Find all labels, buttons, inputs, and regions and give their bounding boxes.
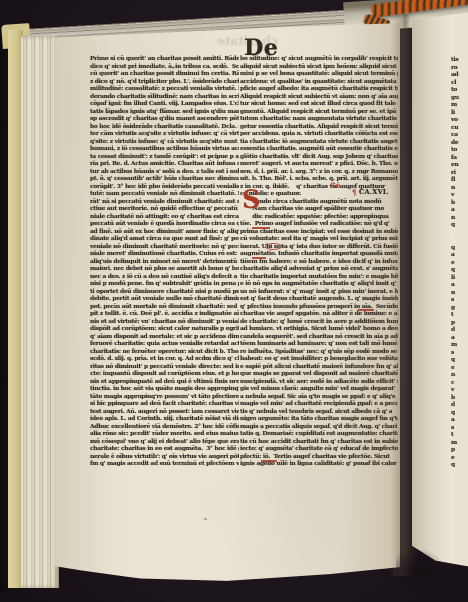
page-bottom-shadow (396, 548, 446, 588)
text-line: n (451, 289, 468, 297)
text-line: ad (451, 71, 468, 79)
book-photo-scene: charitate De Primo si cū querit' an char… (0, 0, 468, 602)
text-line: e (451, 454, 468, 462)
text-line: li (451, 109, 468, 117)
text-line: e (451, 259, 468, 267)
text-line: a (451, 206, 468, 214)
book-page-recto-sliver: tisroadcltogumlivocucadetofaenriflnvbanq… (412, 10, 468, 580)
rubric-dash (252, 227, 270, 229)
rubric-ring (265, 243, 282, 250)
text-line: cu (451, 124, 468, 132)
recto-text-fragments: tisroadcltogumlivocucadetofaenriflnvbanq… (451, 56, 468, 472)
text-line: to (451, 146, 468, 154)
rubric-initial: S (242, 188, 260, 212)
rubric-dash (358, 309, 374, 311)
text-line: li (451, 274, 468, 282)
text-line: m (451, 101, 468, 109)
text-line (451, 229, 468, 237)
text-line: n (451, 184, 468, 192)
text-line: e (451, 364, 468, 372)
text-line: n (451, 371, 468, 379)
text-line: a (451, 281, 468, 289)
text-line: q (451, 221, 468, 229)
book-page-verso: charitate De Primo si cū querit' an char… (54, 18, 400, 590)
text-line: b (451, 199, 468, 207)
text-line: fa (451, 154, 468, 162)
ink-speck (204, 518, 207, 520)
ink-speck (172, 66, 175, 69)
text-line: q (451, 409, 468, 417)
text-line: ca (451, 131, 468, 139)
text-line: q (451, 244, 468, 252)
text-line: a (451, 251, 468, 259)
text-line: p (451, 446, 468, 454)
text-line: c (451, 379, 468, 387)
text-line: q (451, 266, 468, 274)
ink-speck (359, 146, 361, 148)
text-line: to (451, 86, 468, 94)
text-line: de (451, 139, 468, 147)
text-line: s (451, 296, 468, 304)
text-line: p (451, 319, 468, 327)
text-line: a (451, 416, 468, 424)
text-line (451, 236, 468, 244)
text-line: ro (451, 64, 468, 72)
text-line: m (451, 439, 468, 447)
text-line: ri (451, 169, 468, 177)
text-line: q (451, 356, 468, 364)
text-line: s (451, 424, 468, 432)
text-line: m (451, 341, 468, 349)
text-line: v (451, 191, 468, 199)
text-line: b (451, 394, 468, 402)
page-block-fore-edge (21, 36, 59, 588)
text-line: s (451, 349, 468, 357)
text-line: vo (451, 116, 468, 124)
text-line: v (451, 386, 468, 394)
rubric-dash (252, 257, 266, 259)
text-line: d (451, 326, 468, 334)
rubric-dash (261, 460, 277, 462)
rubric-paraph: ¶ (352, 189, 356, 196)
text-line: t (451, 431, 468, 439)
text-line: g (451, 304, 468, 312)
rubric-paraph: Cō (330, 182, 340, 189)
text-line: cl (451, 79, 468, 87)
text-line: a (451, 334, 468, 342)
text-line: en (451, 161, 468, 169)
rubrication-layer: SCō¶ (54, 18, 400, 590)
text-line: d (451, 401, 468, 409)
text-line: tis (451, 56, 468, 64)
text-line: t (451, 311, 468, 319)
text-line: n (451, 214, 468, 222)
text-line: q (451, 461, 468, 469)
text-line: fl (451, 176, 468, 184)
text-line: gu (451, 94, 468, 102)
